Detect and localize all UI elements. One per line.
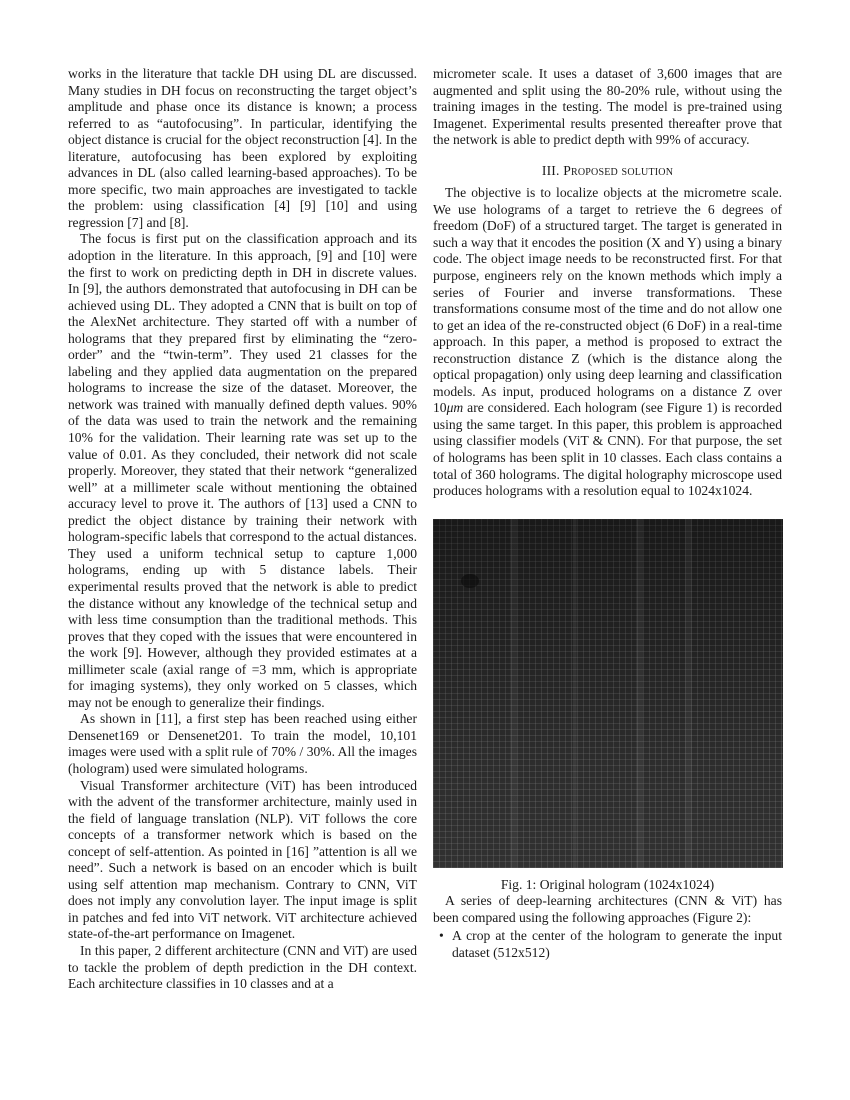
paragraph-objective: The objective is to localize objects at … [433,185,782,499]
paragraph-architectures-compared: A series of deep-learning architectures … [433,893,782,926]
paragraph-micrometer-scale: micrometer scale. It uses a dataset of 3… [433,66,782,149]
figure-caption: Fig. 1: Original hologram (1024x1024) [433,877,782,894]
paragraph-densenet: As shown in [11], a first step has been … [68,711,417,777]
section-number: III. [542,163,560,178]
left-column: works in the literature that tackle DH u… [68,66,417,993]
list-item-text: A crop at the center of the hologram to … [452,928,782,960]
section-title: Proposed solution [563,163,673,178]
objective-text-part-1: The objective is to localize objects at … [433,185,782,415]
paragraph-dh-dl-intro: works in the literature that tackle DH u… [68,66,417,231]
math-micrometer: μm [447,400,464,415]
paragraph-vit: Visual Transformer architecture (ViT) ha… [68,778,417,943]
right-column: micrometer scale. It uses a dataset of 3… [433,66,782,961]
paragraph-classification-approach: The focus is first put on the classifica… [68,231,417,711]
approaches-list: • A crop at the center of the hologram t… [433,928,782,961]
bullet-icon: • [439,928,444,945]
section-heading: III. Proposed solution [433,163,782,180]
objective-text-part-2: are considered. Each hologram (see Figur… [433,400,782,498]
hologram-dark-spot [461,574,479,588]
paragraph-this-paper: In this paper, 2 different architecture … [68,943,417,993]
hologram-streaks [433,519,783,868]
hologram-image [433,519,783,868]
figure-1: Fig. 1: Original hologram (1024x1024) [433,519,782,894]
list-item: • A crop at the center of the hologram t… [452,928,782,961]
